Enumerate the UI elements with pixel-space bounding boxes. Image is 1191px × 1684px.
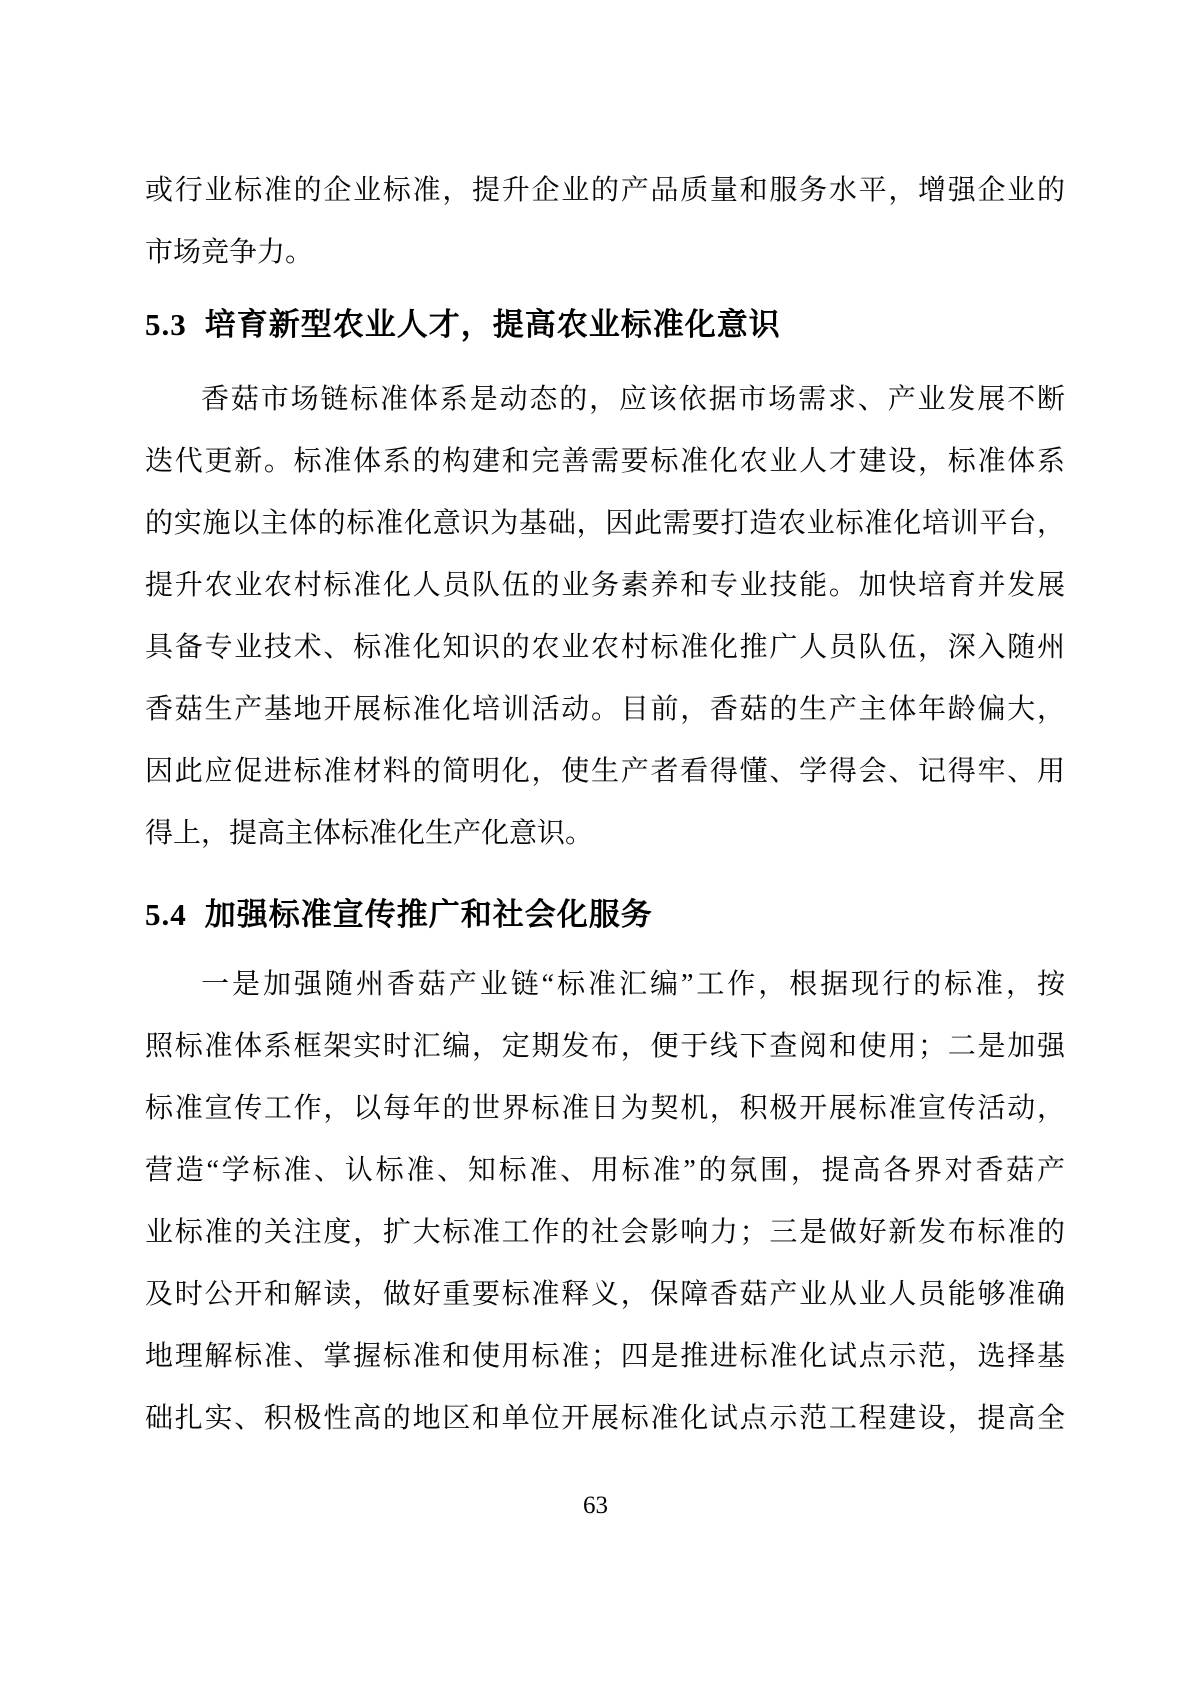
text-line: 或行业标准的企业标准，提升企业的产品质量和服务水平，增强企业的	[145, 160, 1065, 222]
text-line: 迭代更新。标准体系的构建和完善需要标准化农业人才建设，标准体系	[145, 431, 1065, 493]
section-heading-5-3: 5.3培育新型农业人才，提高农业标准化意识	[145, 302, 1065, 348]
page-number: 63	[0, 1492, 1191, 1520]
text-line: 得上，提高主体标准化生产化意识。	[145, 803, 1065, 865]
text-line: 标准宣传工作，以每年的世界标准日为契机，积极开展标准宣传活动，	[145, 1078, 1065, 1140]
section-title: 加强标准宣传推广和社会化服务	[205, 897, 653, 932]
text-line: 香菇市场链标准体系是动态的，应该依据市场需求、产业发展不断	[145, 369, 1065, 431]
text-line: 地理解标准、掌握标准和使用标准；四是推进标准化试点示范，选择基	[145, 1326, 1065, 1388]
paragraph-section-5-3: 香菇市场链标准体系是动态的，应该依据市场需求、产业发展不断迭代更新。标准体系的构…	[145, 369, 1065, 865]
text-line: 营造“学标准、认标准、知标准、用标准”的氛围，提高各界对香菇产	[145, 1140, 1065, 1202]
text-line: 及时公开和解读，做好重要标准释义，保障香菇产业从业人员能够准确	[145, 1264, 1065, 1326]
text-line: 照标准体系框架实时汇编，定期发布，便于线下查阅和使用；二是加强	[145, 1016, 1065, 1078]
paragraph-intro-continuation: 或行业标准的企业标准，提升企业的产品质量和服务水平，增强企业的市场竞争力。	[145, 160, 1065, 284]
section-number: 5.4	[145, 897, 187, 932]
text-line: 的实施以主体的标准化意识为基础，因此需要打造农业标准化培训平台，	[145, 493, 1065, 555]
text-area: 或行业标准的企业标准，提升企业的产品质量和服务水平，增强企业的市场竞争力。 5.…	[145, 0, 1065, 1450]
text-line: 香菇生产基地开展标准化培训活动。目前，香菇的生产主体年龄偏大，	[145, 679, 1065, 741]
text-line: 提升农业农村标准化人员队伍的业务素养和专业技能。加快培育并发展	[145, 555, 1065, 617]
text-line: 础扎实、积极性高的地区和单位开展标准化试点示范工程建设，提高全	[145, 1388, 1065, 1450]
text-line: 市场竞争力。	[145, 222, 1065, 284]
section-heading-5-4: 5.4加强标准宣传推广和社会化服务	[145, 892, 1065, 938]
paragraph-section-5-4: 一是加强随州香菇产业链“标准汇编”工作，根据现行的标准，按照标准体系框架实时汇编…	[145, 954, 1065, 1450]
text-line: 一是加强随州香菇产业链“标准汇编”工作，根据现行的标准，按	[145, 954, 1065, 1016]
section-title: 培育新型农业人才，提高农业标准化意识	[205, 307, 781, 342]
section-number: 5.3	[145, 307, 187, 342]
text-line: 业标准的关注度，扩大标准工作的社会影响力；三是做好新发布标准的	[145, 1202, 1065, 1264]
document-page: { "content": { "para_intro": { "lines": …	[0, 0, 1191, 1684]
text-line: 因此应促进标准材料的简明化，使生产者看得懂、学得会、记得牢、用	[145, 741, 1065, 803]
text-line: 具备专业技术、标准化知识的农业农村标准化推广人员队伍，深入随州	[145, 617, 1065, 679]
